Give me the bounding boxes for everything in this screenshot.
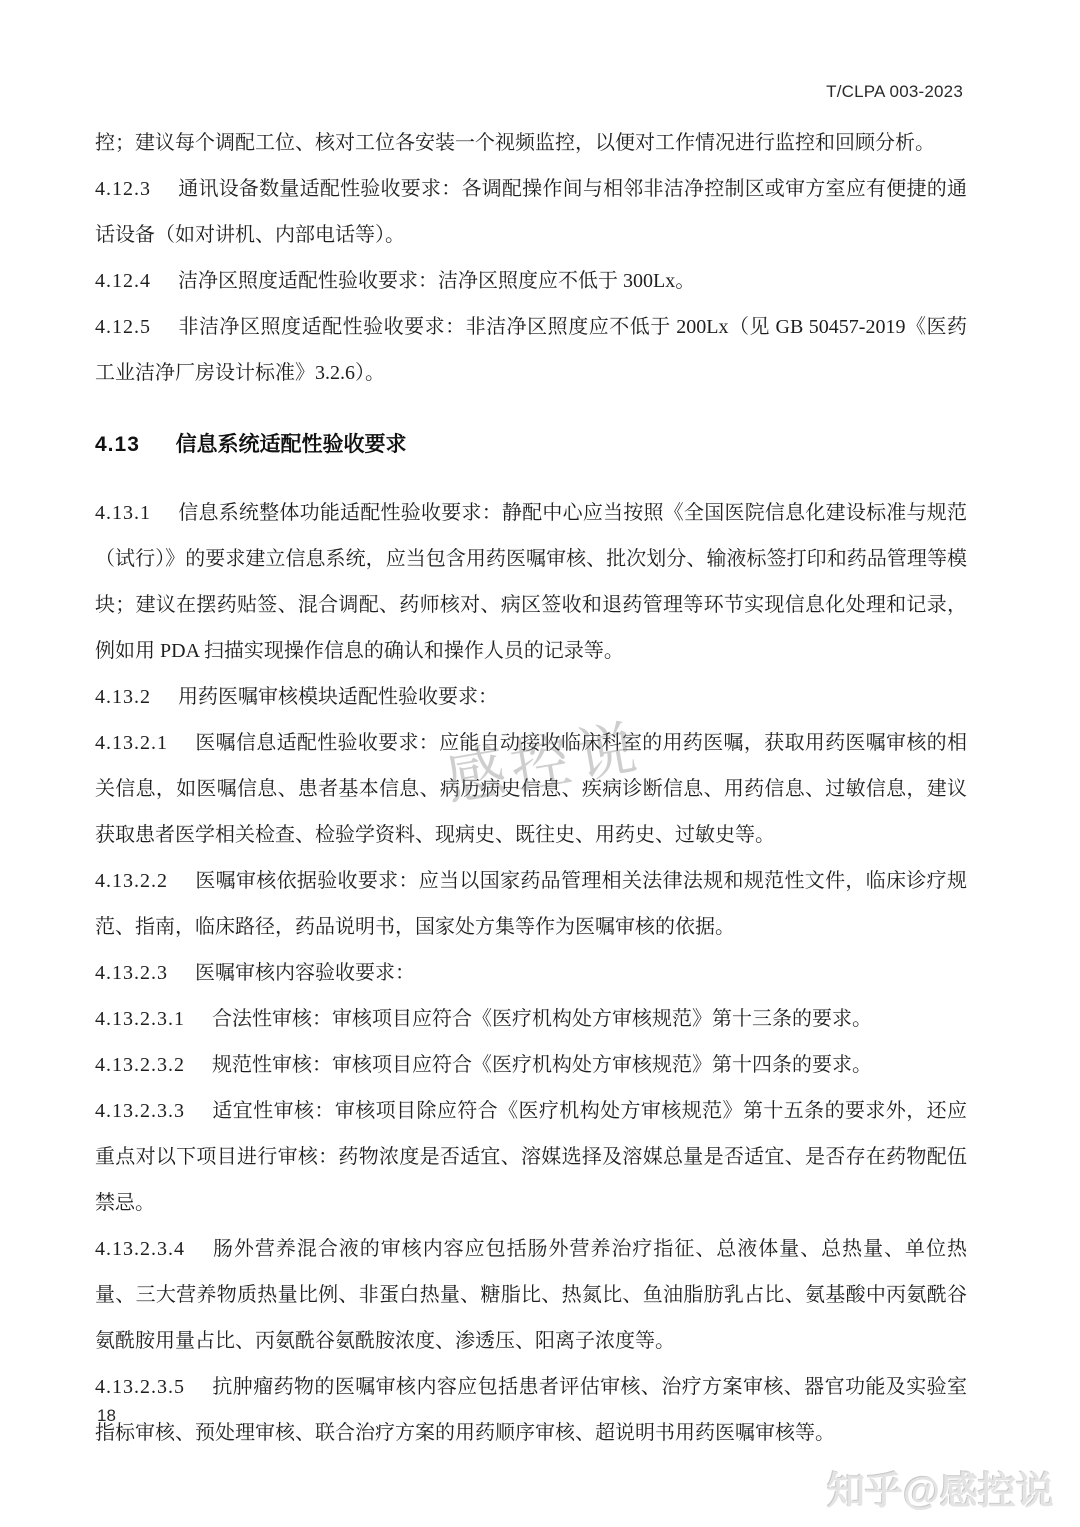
clause-paragraph: 4.13.2.3.1合法性审核：审核项目应符合《医疗机构处方审核规范》第十三条的…	[95, 996, 967, 1042]
clause-paragraph: 4.13.2.3.3适宜性审核：审核项目除应符合《医疗机构处方审核规范》第十五条…	[95, 1088, 967, 1226]
clause-paragraph: 4.12.4洁净区照度适配性验收要求：洁净区照度应不低于 300Lx。	[95, 258, 967, 304]
clause-number: 4.13.2.3.5	[95, 1376, 185, 1398]
clause-number: 4.13.2.3.3	[95, 1100, 185, 1122]
watermark-bottom-right: 知乎@感控说	[827, 1460, 1054, 1515]
clause-paragraph: 4.13.2.2医嘱审核依据验收要求：应当以国家药品管理相关法律法规和规范性文件…	[95, 858, 967, 950]
document-code-header: T/CLPA 003-2023	[826, 82, 963, 102]
clause-number: 4.12.5	[95, 316, 151, 338]
document-page: T/CLPA 003-2023 控；建议每个调配工位、核对工位各安装一个视频监控…	[0, 0, 1080, 1527]
clause-number: 4.13.2.3	[95, 962, 168, 984]
clause-number: 4.13	[95, 433, 140, 456]
clause-paragraph: 4.13.2.3.5抗肿瘤药物的医嘱审核内容应包括患者评估审核、治疗方案审核、器…	[95, 1364, 967, 1456]
document-body: 控；建议每个调配工位、核对工位各安装一个视频监控，以便对工作情况进行监控和回顾分…	[95, 120, 967, 1456]
page-number: 18	[97, 1406, 116, 1426]
clause-paragraph: 4.12.5非洁净区照度适配性验收要求：非洁净区照度应不低于 200Lx（见 G…	[95, 304, 967, 396]
clause-number: 4.13.2.3.2	[95, 1054, 185, 1076]
clause-paragraph: 4.13.2.3医嘱审核内容验收要求：	[95, 950, 967, 996]
clause-paragraph: 控；建议每个调配工位、核对工位各安装一个视频监控，以便对工作情况进行监控和回顾分…	[95, 120, 967, 166]
clause-number: 4.13.2.3.1	[95, 1008, 185, 1030]
clause-number: 4.13.1	[95, 502, 151, 524]
clause-paragraph: 4.13.2用药医嘱审核模块适配性验收要求：	[95, 674, 967, 720]
section-heading: 4.13信息系统适配性验收要求	[95, 422, 967, 468]
clause-number: 4.12.4	[95, 270, 151, 292]
clause-paragraph: 4.12.3通讯设备数量适配性验收要求：各调配操作间与相邻非洁净控制区或审方室应…	[95, 166, 967, 258]
clause-paragraph: 4.13.2.1医嘱信息适配性验收要求：应能自动接收临床科室的用药医嘱，获取用药…	[95, 720, 967, 858]
clause-paragraph: 4.13.2.3.2规范性审核：审核项目应符合《医疗机构处方审核规范》第十四条的…	[95, 1042, 967, 1088]
clause-number: 4.12.3	[95, 178, 151, 200]
clause-number: 4.13.2.3.4	[95, 1238, 185, 1260]
clause-number: 4.13.2.2	[95, 870, 168, 892]
clause-number: 4.13.2	[95, 686, 151, 708]
clause-paragraph: 4.13.1信息系统整体功能适配性验收要求：静配中心应当按照《全国医院信息化建设…	[95, 490, 967, 674]
clause-number: 4.13.2.1	[95, 732, 168, 754]
clause-paragraph: 4.13.2.3.4肠外营养混合液的审核内容应包括肠外营养治疗指征、总液体量、总…	[95, 1226, 967, 1364]
